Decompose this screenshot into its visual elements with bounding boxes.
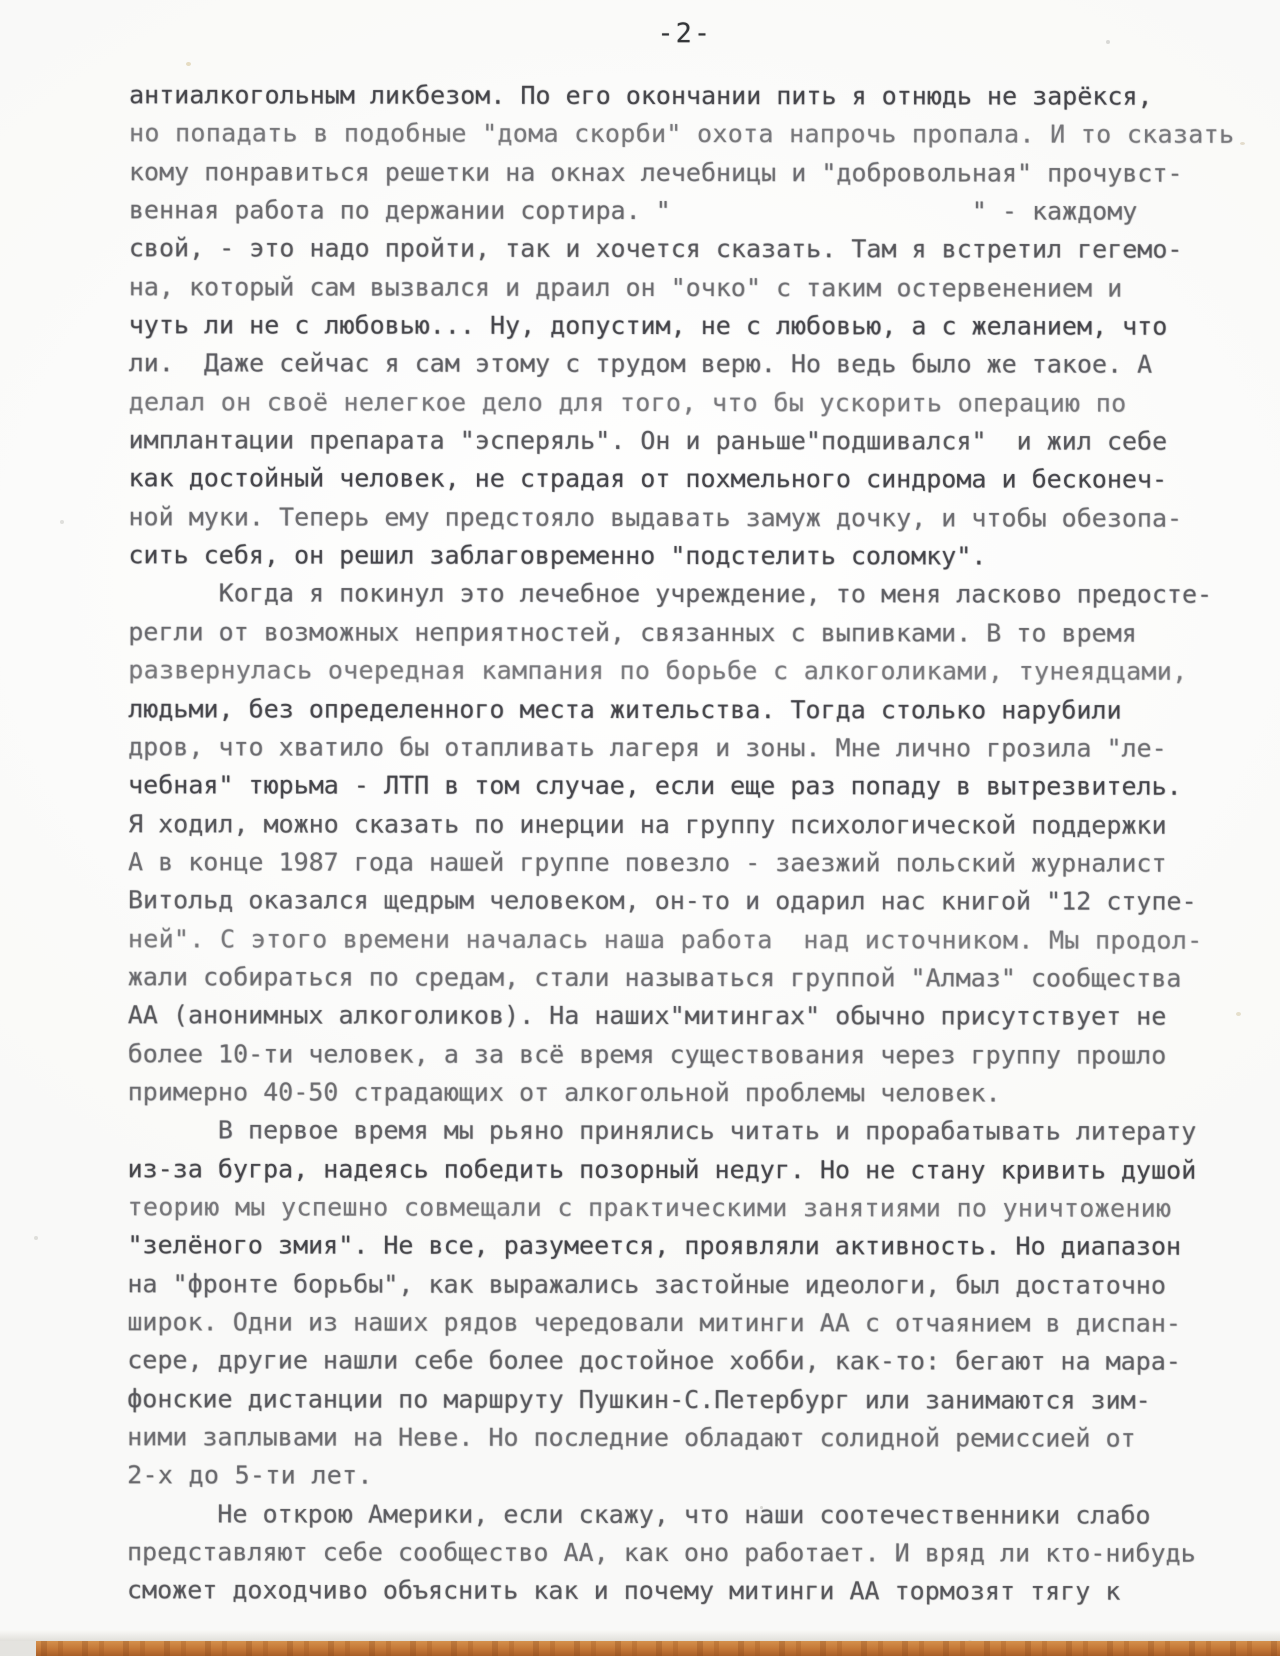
text-line: ли. Даже сейчас я сам этому с трудом вер… <box>129 345 1199 385</box>
text-line: Не открою Америки, если скажу, что наши … <box>127 1495 1197 1535</box>
text-line: представляют себе сообщество АА, как оно… <box>127 1533 1197 1573</box>
text-line: регли от возможных неприятностей, связан… <box>128 613 1198 653</box>
desk-surface-strip <box>0 1641 1280 1656</box>
text-line: имплантации препарата "эсперяль". Он и р… <box>129 421 1199 461</box>
text-line: АА (анонимных алкоголиков). На наших"мит… <box>128 997 1198 1037</box>
text-line: делал он своё нелегкое дело для того, чт… <box>129 383 1199 423</box>
paper-speck <box>34 1236 38 1240</box>
text-line: кому понравиться решетки на окнах лечебн… <box>129 153 1199 193</box>
text-line: В первое время мы рьяно принялись читать… <box>128 1112 1198 1152</box>
text-line: как достойный человек, не страдая от пох… <box>128 460 1198 500</box>
page-number: -2- <box>657 18 712 49</box>
text-line: людьми, без определенного места жительст… <box>128 690 1198 730</box>
text-line: но попадать в подобные "дома скорби" охо… <box>129 115 1199 155</box>
paper-speck <box>60 520 64 524</box>
text-line: на "фронте борьбы", как выражались засто… <box>127 1265 1197 1305</box>
paper-speck <box>1240 142 1245 145</box>
paper-speck <box>1106 40 1110 44</box>
text-line: Витольд оказался щедрым человеком, он-то… <box>128 881 1198 921</box>
text-line: А в конце 1987 года нашей группе повезло… <box>128 843 1198 883</box>
text-line: свой, - это надо пройти, так и хочется с… <box>129 230 1199 270</box>
text-line: развернулась очередная кампания по борьб… <box>128 651 1198 691</box>
text-line: Я ходил, можно сказать по инерции на гру… <box>128 805 1198 845</box>
text-line: теорию мы успешно совмещали с практическ… <box>127 1188 1197 1228</box>
text-line: ними заплывами на Неве. Но последние обл… <box>127 1418 1197 1458</box>
text-line: сможет доходчиво объяснить как и почему … <box>127 1572 1197 1612</box>
text-line: примерно 40-50 страдающих от алкогольной… <box>128 1073 1198 1113</box>
text-line: Когда я покинул это лечебное учреждение,… <box>128 575 1198 615</box>
text-line: дров, что хватило бы отапливать лагеря и… <box>128 728 1198 768</box>
text-line: на, который сам вызвался и драил он "очк… <box>129 268 1199 308</box>
text-line: жали собираться по средам, стали называт… <box>128 958 1198 998</box>
scanned-document-page: -2- антиалкогольным ликбезом. По его око… <box>0 0 1280 1656</box>
text-line: венная работа по держании сортира. " " -… <box>129 191 1199 231</box>
text-line: сере, другие нашли себе более достойное … <box>127 1342 1197 1382</box>
text-line: чебная" тюрьма - ЛТП в том случае, если … <box>128 766 1198 806</box>
text-line: фонские дистанции по маршруту Пушкин-С.П… <box>127 1380 1197 1420</box>
text-line: чуть ли не с любовью... Ну, допустим, не… <box>129 306 1199 346</box>
text-line: антиалкогольным ликбезом. По его окончан… <box>129 76 1199 116</box>
text-line: 2-х до 5-ти лет. <box>127 1457 1197 1497</box>
text-line: сить себя, он решил заблаговременно "под… <box>128 536 1198 576</box>
text-line: ней". С этого времени началась наша рабо… <box>128 920 1198 960</box>
text-line: из-за бугра, надеясь победить позорный н… <box>128 1150 1198 1190</box>
paper-speck <box>1236 1012 1241 1016</box>
text-line: "зелёного змия". Не все, разумеется, про… <box>127 1227 1197 1267</box>
text-line: ной муки. Теперь ему предстояло выдавать… <box>128 498 1198 538</box>
text-line: более 10-ти человек, а за всё время суще… <box>128 1035 1198 1075</box>
paper-speck <box>186 62 191 66</box>
text-line: широк. Одни из наших рядов чередовали ми… <box>127 1303 1197 1343</box>
document-text: антиалкогольным ликбезом. По его окончан… <box>127 76 1199 1611</box>
